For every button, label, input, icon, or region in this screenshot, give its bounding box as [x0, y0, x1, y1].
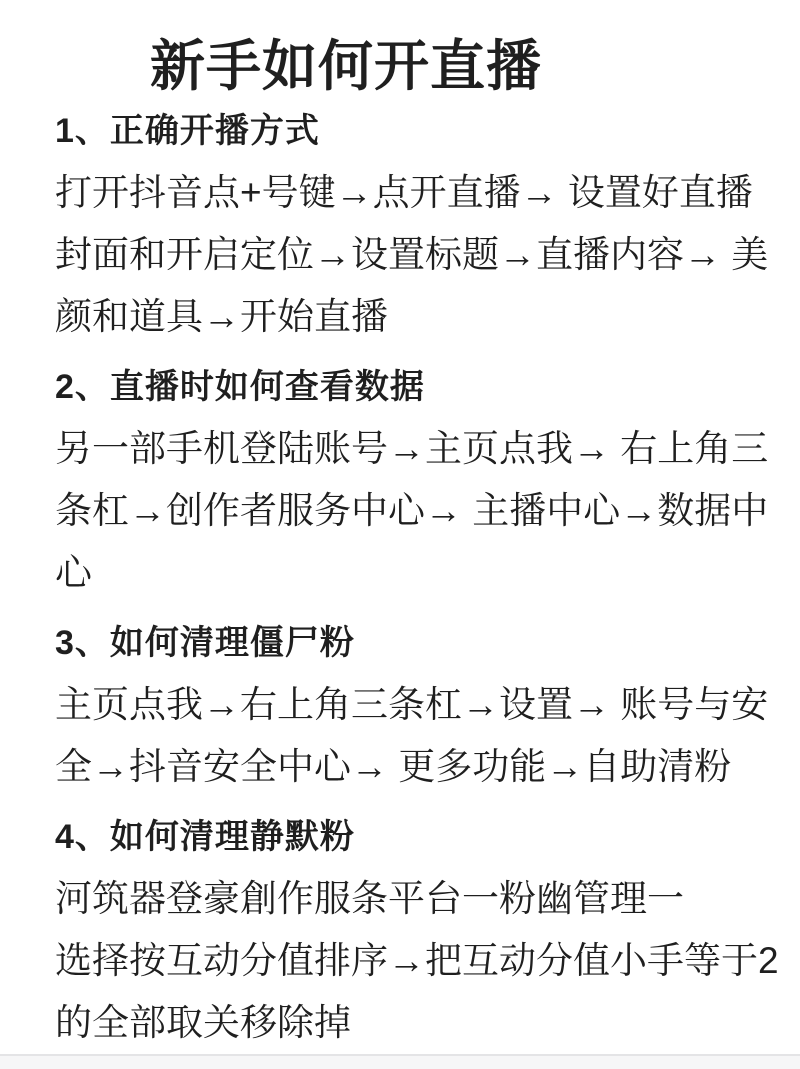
section-3: 3、如何清理僵尸粉 主页点我→右上角三条杠→设置→ 账号与安 全→抖音安全中心→… [55, 608, 760, 794]
section-4: 4、如何清理静默粉 河筑器登豪創作服条平台一粉幽管理一 选择按互动分值排序→把互… [55, 802, 760, 1050]
section-2: 2、直播时如何查看数据 另一部手机登陆账号→主页点我→ 右上角三 条杠→创作者服… [55, 352, 760, 600]
section-3-heading: 3、如何清理僵尸粉 [55, 608, 760, 670]
text-line: 颜和道具→开始直播 [55, 282, 760, 344]
text-line: 条杠→创作者服务中心→ 主播中心→数据中 [55, 476, 760, 538]
text-line: 封面和开启定位→设置标题→直播内容→ 美 [55, 220, 760, 282]
text-line: 河筑器登豪創作服条平台一粉幽管理一 [55, 864, 760, 926]
text-line: 主页点我→右上角三条杠→设置→ 账号与安 [55, 670, 760, 732]
section-4-heading: 4、如何清理静默粉 [55, 802, 760, 864]
section-1-heading: 1、正确开播方式 [55, 96, 760, 158]
text-line: 心 [55, 538, 760, 600]
text-line: 打开抖音点+号键→点开直播→ 设置好直播 [55, 158, 760, 220]
text-line: 的全部取关移除掉 [55, 988, 760, 1050]
text-line: 选择按互动分值排序→把互动分值小手等于2 [55, 926, 760, 988]
section-2-heading: 2、直播时如何查看数据 [55, 352, 760, 414]
text-line: 全→抖音安全中心→ 更多功能→自助清粉 [55, 732, 760, 794]
note-page: 新手如何开直播 1、正确开播方式 打开抖音点+号键→点开直播→ 设置好直播 封面… [0, 0, 800, 1069]
document-title: 新手如何开直播 [150, 0, 760, 96]
section-1: 1、正确开播方式 打开抖音点+号键→点开直播→ 设置好直播 封面和开启定位→设置… [55, 96, 760, 344]
bottom-edge-strip [0, 1054, 800, 1069]
text-line: 另一部手机登陆账号→主页点我→ 右上角三 [55, 414, 760, 476]
